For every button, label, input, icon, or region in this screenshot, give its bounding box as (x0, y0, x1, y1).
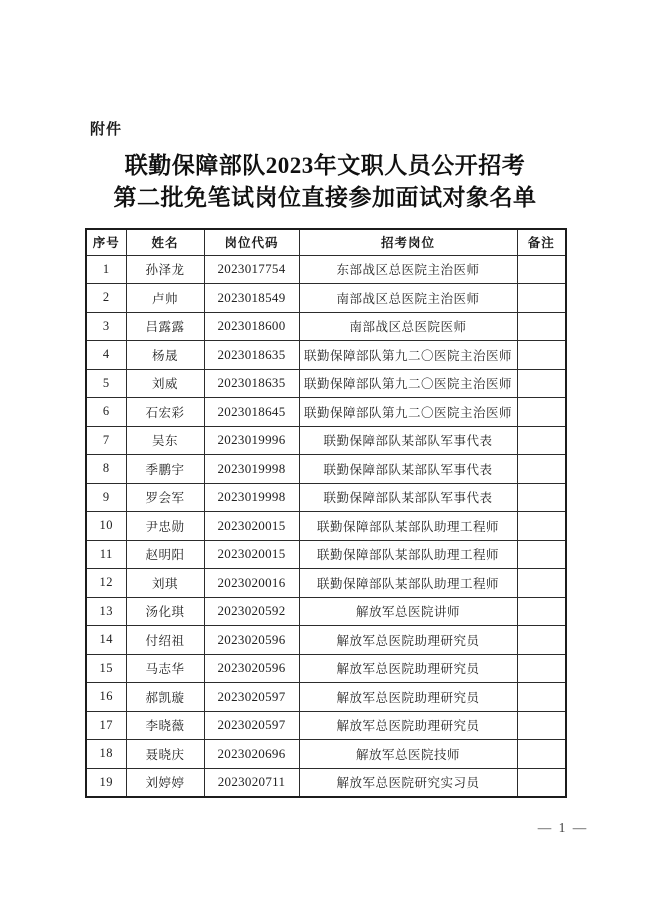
code-cell: 2023018549 (204, 284, 299, 313)
position-cell: 联勤保障部队第九二〇医院主治医师 (299, 369, 517, 398)
serial-cell: 17 (86, 711, 126, 740)
position-cell: 解放军总医院研究实习员 (299, 768, 517, 797)
code-cell: 2023020015 (204, 512, 299, 541)
serial-cell: 13 (86, 597, 126, 626)
table-row: 4杨晟2023018635联勤保障部队第九二〇医院主治医师 (86, 341, 566, 370)
name-cell: 季鹏宇 (126, 455, 204, 484)
remark-cell (517, 683, 566, 712)
serial-cell: 5 (86, 369, 126, 398)
code-cell: 2023020592 (204, 597, 299, 626)
column-header: 姓名 (126, 229, 204, 255)
position-cell: 解放军总医院助理研究员 (299, 626, 517, 655)
remark-cell (517, 341, 566, 370)
remark-cell (517, 426, 566, 455)
code-cell: 2023020596 (204, 654, 299, 683)
table-row: 18聂晓庆2023020696解放军总医院技师 (86, 740, 566, 769)
name-cell: 卢帅 (126, 284, 204, 313)
roster-table: 序号姓名岗位代码招考岗位备注 1孙泽龙2023017754东部战区总医院主治医师… (85, 228, 567, 798)
code-cell: 2023020015 (204, 540, 299, 569)
serial-cell: 3 (86, 312, 126, 341)
document-title-line-2: 第二批免笔试岗位直接参加面试对象名单 (0, 182, 650, 214)
position-cell: 联勤保障部队某部队助理工程师 (299, 540, 517, 569)
position-cell: 东部战区总医院主治医师 (299, 255, 517, 284)
table-body: 1孙泽龙2023017754东部战区总医院主治医师2卢帅2023018549南部… (86, 255, 566, 797)
table-row: 19刘婷婷2023020711解放军总医院研究实习员 (86, 768, 566, 797)
serial-cell: 12 (86, 569, 126, 598)
code-cell: 2023020016 (204, 569, 299, 598)
remark-cell (517, 569, 566, 598)
serial-cell: 4 (86, 341, 126, 370)
page-number: — 1 — (528, 820, 598, 836)
serial-cell: 15 (86, 654, 126, 683)
code-cell: 2023019998 (204, 483, 299, 512)
remark-cell (517, 255, 566, 284)
code-cell: 2023020597 (204, 683, 299, 712)
position-cell: 联勤保障部队第九二〇医院主治医师 (299, 341, 517, 370)
table-row: 1孙泽龙2023017754东部战区总医院主治医师 (86, 255, 566, 284)
table-row: 6石宏彩2023018645联勤保障部队第九二〇医院主治医师 (86, 398, 566, 427)
name-cell: 付绍祖 (126, 626, 204, 655)
table-row: 15马志华2023020596解放军总医院助理研究员 (86, 654, 566, 683)
table-row: 17李晓薇2023020597解放军总医院助理研究员 (86, 711, 566, 740)
remark-cell (517, 398, 566, 427)
code-cell: 2023017754 (204, 255, 299, 284)
remark-cell (517, 597, 566, 626)
remark-cell (517, 512, 566, 541)
position-cell: 解放军总医院助理研究员 (299, 711, 517, 740)
name-cell: 刘婷婷 (126, 768, 204, 797)
serial-cell: 9 (86, 483, 126, 512)
position-cell: 联勤保障部队某部队助理工程师 (299, 569, 517, 598)
serial-cell: 6 (86, 398, 126, 427)
position-cell: 联勤保障部队第九二〇医院主治医师 (299, 398, 517, 427)
column-header: 岗位代码 (204, 229, 299, 255)
remark-cell (517, 768, 566, 797)
remark-cell (517, 740, 566, 769)
code-cell: 2023019998 (204, 455, 299, 484)
serial-cell: 2 (86, 284, 126, 313)
position-cell: 解放军总医院助理研究员 (299, 654, 517, 683)
document-page: 附件 联勤保障部队2023年文职人员公开招考 第二批免笔试岗位直接参加面试对象名… (0, 0, 650, 919)
serial-cell: 1 (86, 255, 126, 284)
code-cell: 2023018635 (204, 369, 299, 398)
position-cell: 解放军总医院讲师 (299, 597, 517, 626)
serial-cell: 10 (86, 512, 126, 541)
remark-cell (517, 654, 566, 683)
remark-cell (517, 369, 566, 398)
serial-cell: 7 (86, 426, 126, 455)
table-row: 3吕露露2023018600南部战区总医院医师 (86, 312, 566, 341)
name-cell: 杨晟 (126, 341, 204, 370)
table-row: 13汤化琪2023020592解放军总医院讲师 (86, 597, 566, 626)
name-cell: 李晓薇 (126, 711, 204, 740)
code-cell: 2023018645 (204, 398, 299, 427)
name-cell: 刘威 (126, 369, 204, 398)
code-cell: 2023018635 (204, 341, 299, 370)
code-cell: 2023020711 (204, 768, 299, 797)
name-cell: 聂晓庆 (126, 740, 204, 769)
name-cell: 吴东 (126, 426, 204, 455)
column-header: 备注 (517, 229, 566, 255)
name-cell: 罗会军 (126, 483, 204, 512)
name-cell: 马志华 (126, 654, 204, 683)
position-cell: 联勤保障部队某部队军事代表 (299, 426, 517, 455)
table-row: 10尹忠勋2023020015联勤保障部队某部队助理工程师 (86, 512, 566, 541)
serial-cell: 8 (86, 455, 126, 484)
table-row: 14付绍祖2023020596解放军总医院助理研究员 (86, 626, 566, 655)
table-row: 7吴东2023019996联勤保障部队某部队军事代表 (86, 426, 566, 455)
remark-cell (517, 711, 566, 740)
table-row: 16郝凯璇2023020597解放军总医院助理研究员 (86, 683, 566, 712)
attachment-label: 附件 (90, 118, 122, 139)
code-cell: 2023020596 (204, 626, 299, 655)
serial-cell: 19 (86, 768, 126, 797)
table-row: 11赵明阳2023020015联勤保障部队某部队助理工程师 (86, 540, 566, 569)
name-cell: 郝凯璇 (126, 683, 204, 712)
table-row: 12刘琪2023020016联勤保障部队某部队助理工程师 (86, 569, 566, 598)
name-cell: 赵明阳 (126, 540, 204, 569)
position-cell: 南部战区总医院主治医师 (299, 284, 517, 313)
code-cell: 2023019996 (204, 426, 299, 455)
name-cell: 孙泽龙 (126, 255, 204, 284)
name-cell: 刘琪 (126, 569, 204, 598)
column-header: 招考岗位 (299, 229, 517, 255)
name-cell: 汤化琪 (126, 597, 204, 626)
name-cell: 尹忠勋 (126, 512, 204, 541)
position-cell: 联勤保障部队某部队助理工程师 (299, 512, 517, 541)
remark-cell (517, 626, 566, 655)
remark-cell (517, 483, 566, 512)
remark-cell (517, 455, 566, 484)
table-header-row: 序号姓名岗位代码招考岗位备注 (86, 229, 566, 255)
document-title-line-1: 联勤保障部队2023年文职人员公开招考 (0, 150, 650, 182)
serial-cell: 11 (86, 540, 126, 569)
code-cell: 2023018600 (204, 312, 299, 341)
remark-cell (517, 540, 566, 569)
document-title: 联勤保障部队2023年文职人员公开招考 第二批免笔试岗位直接参加面试对象名单 (0, 150, 650, 214)
column-header: 序号 (86, 229, 126, 255)
table-row: 9罗会军2023019998联勤保障部队某部队军事代表 (86, 483, 566, 512)
table-row: 5刘威2023018635联勤保障部队第九二〇医院主治医师 (86, 369, 566, 398)
position-cell: 解放军总医院技师 (299, 740, 517, 769)
table-row: 2卢帅2023018549南部战区总医院主治医师 (86, 284, 566, 313)
serial-cell: 16 (86, 683, 126, 712)
remark-cell (517, 284, 566, 313)
code-cell: 2023020696 (204, 740, 299, 769)
table-row: 8季鹏宇2023019998联勤保障部队某部队军事代表 (86, 455, 566, 484)
position-cell: 联勤保障部队某部队军事代表 (299, 455, 517, 484)
remark-cell (517, 312, 566, 341)
serial-cell: 14 (86, 626, 126, 655)
position-cell: 南部战区总医院医师 (299, 312, 517, 341)
name-cell: 吕露露 (126, 312, 204, 341)
position-cell: 联勤保障部队某部队军事代表 (299, 483, 517, 512)
name-cell: 石宏彩 (126, 398, 204, 427)
serial-cell: 18 (86, 740, 126, 769)
code-cell: 2023020597 (204, 711, 299, 740)
position-cell: 解放军总医院助理研究员 (299, 683, 517, 712)
